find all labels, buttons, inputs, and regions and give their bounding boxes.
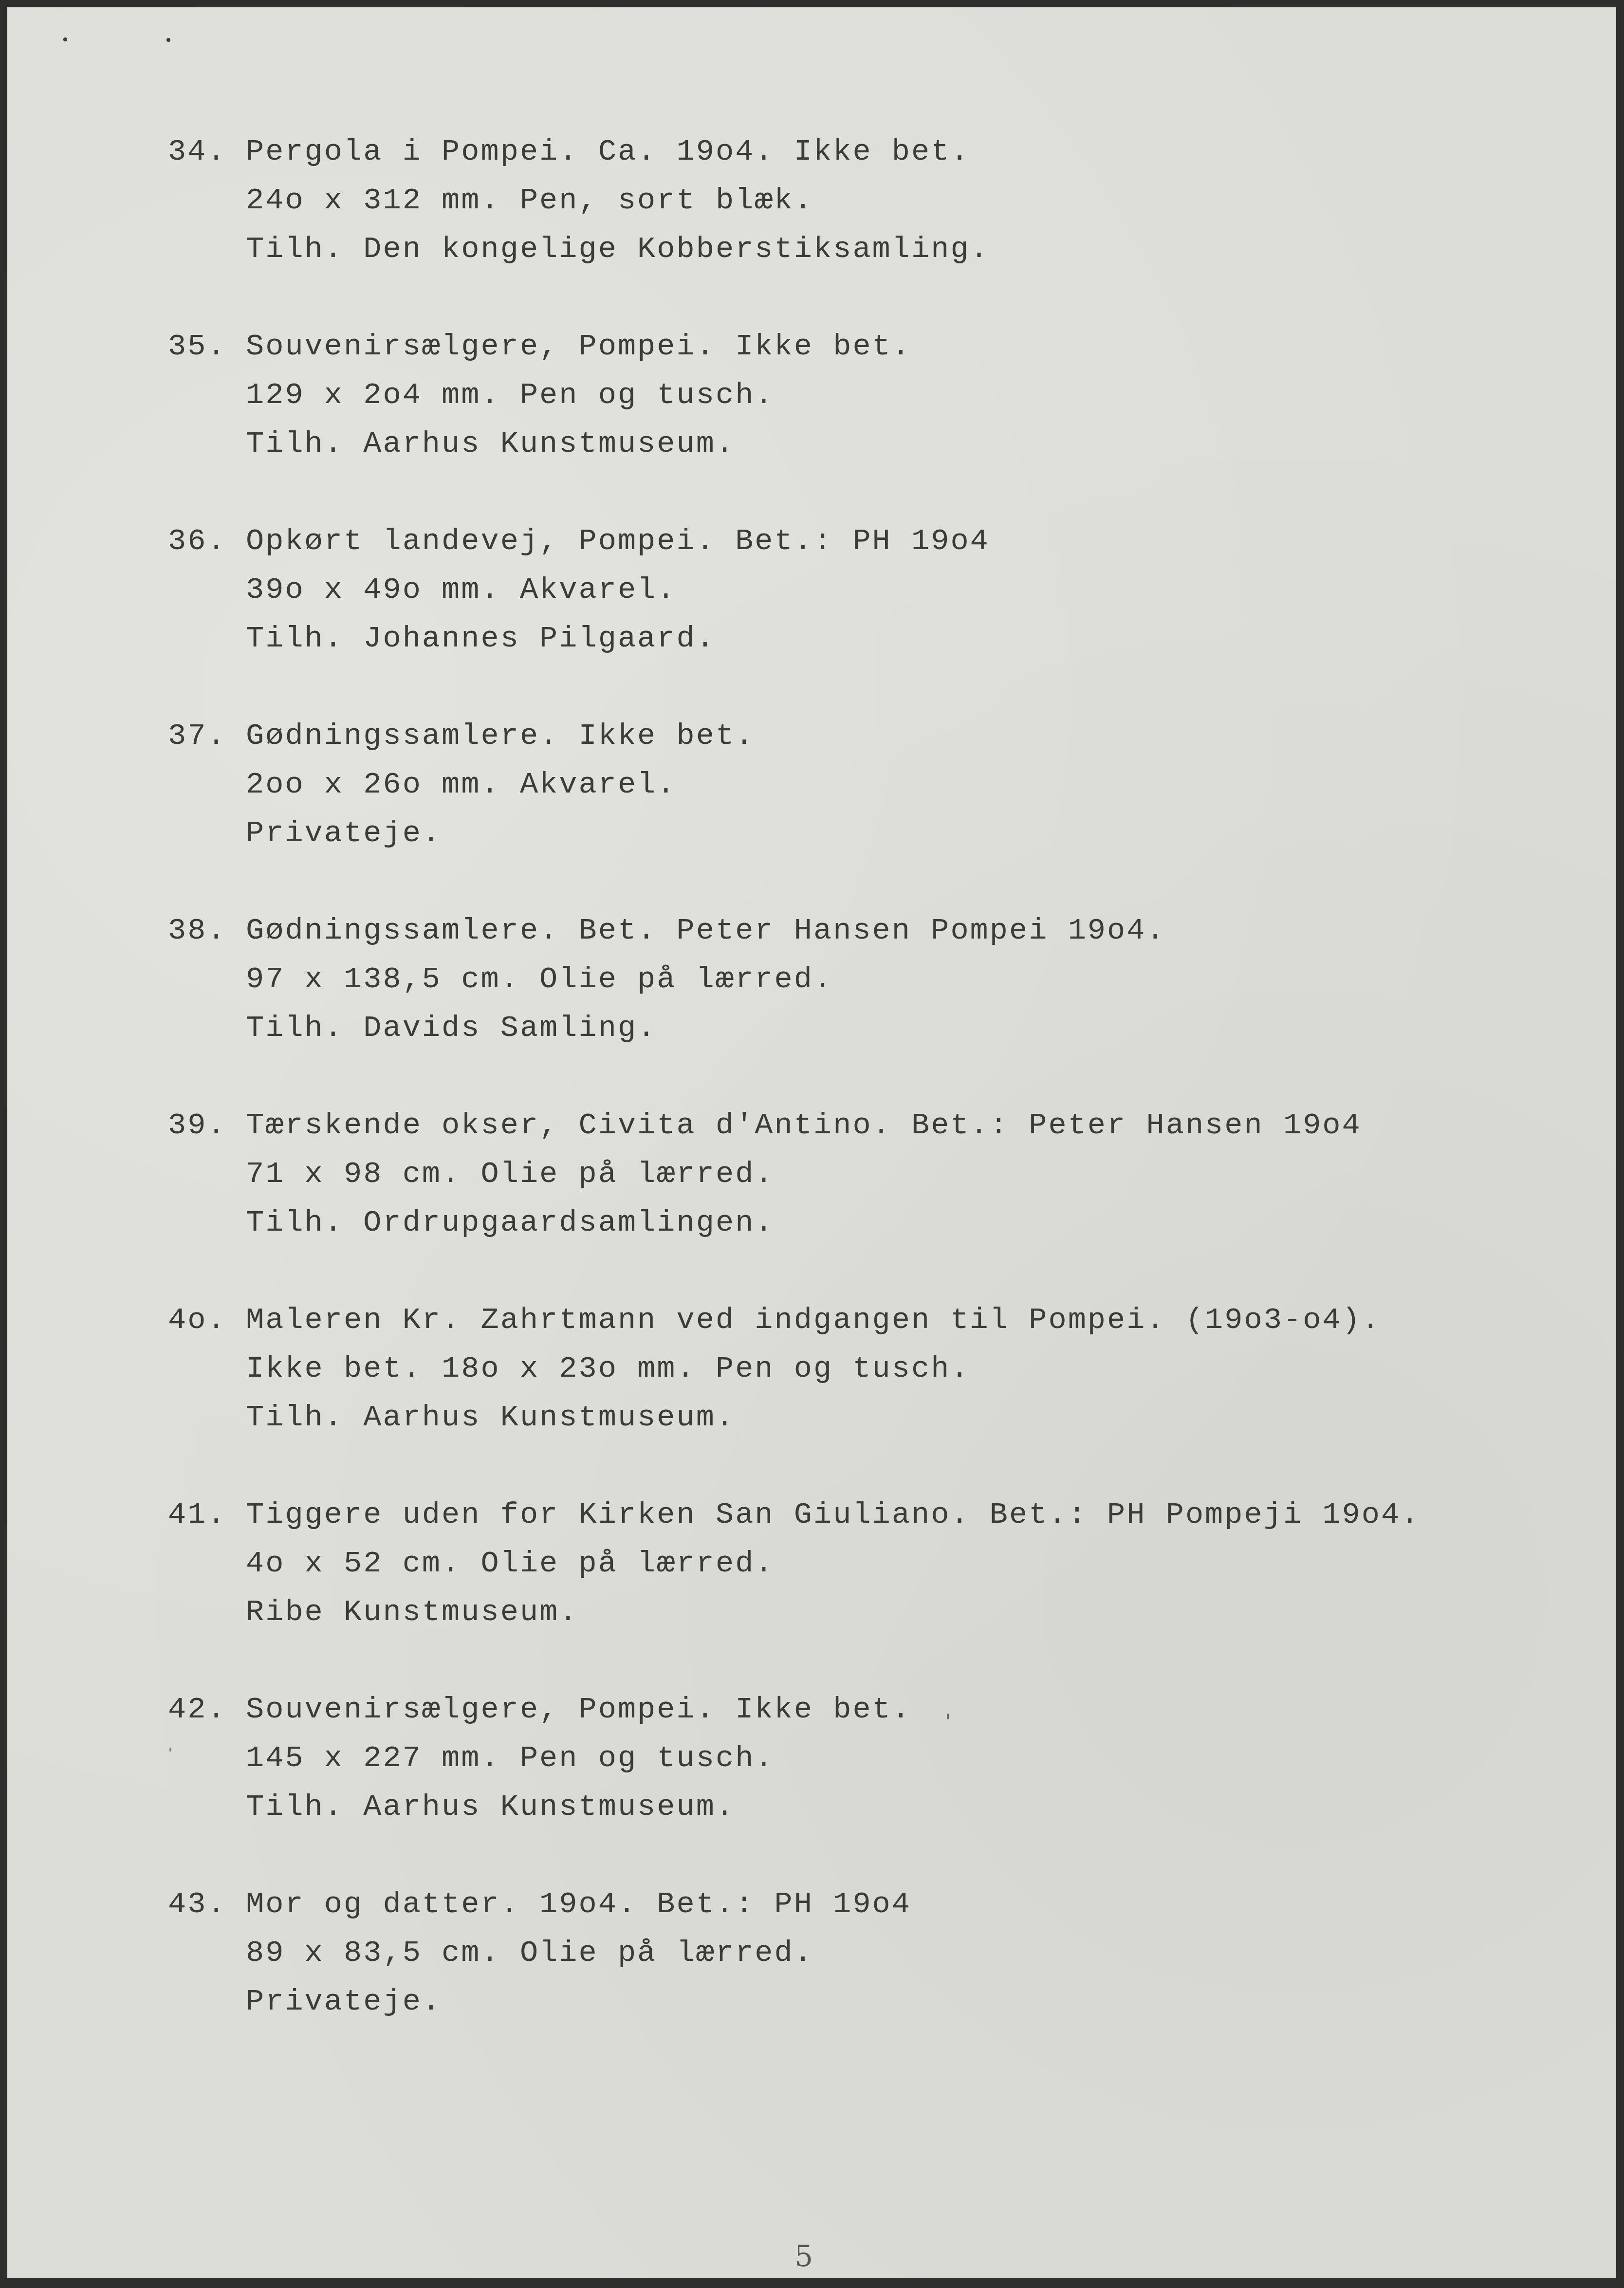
entry-number: 34. — [168, 135, 227, 169]
entry-owner: Tilh. Johannes Pilgaard. — [246, 622, 716, 656]
paper-speck — [169, 1748, 171, 1752]
entry-dimensions-medium: Ikke bet. 18o x 23o mm. Pen og tusch. — [246, 1352, 970, 1386]
entry-title: Souvenirsælgere, Pompei. Ikke bet. — [246, 330, 911, 364]
entry-owner: Privateje. — [246, 816, 442, 850]
entry-title: Gødningssamlere. Ikke bet. — [246, 719, 755, 753]
entry-number: 43. — [168, 1887, 227, 1921]
entry-number: 38. — [168, 914, 227, 948]
entry-dimensions-medium: 39o x 49o mm. Akvarel. — [246, 573, 677, 607]
entry-owner: Privateje. — [246, 1985, 442, 2019]
entry-number: 42. — [168, 1693, 227, 1727]
entry-title: Mor og datter. 19o4. Bet.: PH 19o4 — [246, 1887, 911, 1921]
entry-number: 36. — [168, 524, 227, 558]
entry-title: Tærskende okser, Civita d'Antino. Bet.: … — [246, 1108, 1362, 1143]
entry-dimensions-medium: 89 x 83,5 cm. Olie på lærred. — [246, 1936, 813, 1970]
entry-owner: Tilh. Ordrupgaardsamlingen. — [246, 1206, 775, 1240]
punch-hole-left — [63, 37, 67, 41]
entry-dimensions-medium: 24o x 312 mm. Pen, sort blæk. — [246, 184, 813, 218]
entry-number: 4o. — [168, 1303, 227, 1337]
entry-dimensions-medium: 2oo x 26o mm. Akvarel. — [246, 768, 677, 802]
entry-title: Souvenirsælgere, Pompei. Ikke bet. — [246, 1693, 911, 1727]
entry-dimensions-medium: 145 x 227 mm. Pen og tusch. — [246, 1741, 775, 1775]
entry-title: Pergola i Pompei. Ca. 19o4. Ikke bet. — [246, 135, 970, 169]
entry-owner: Tilh. Aarhus Kunstmuseum. — [246, 1401, 735, 1435]
entry-dimensions-medium: 129 x 2o4 mm. Pen og tusch. — [246, 378, 775, 412]
entry-title: Opkørt landevej, Pompei. Bet.: PH 19o4 — [246, 524, 990, 558]
entry-title: Gødningssamlere. Bet. Peter Hansen Pompe… — [246, 914, 1166, 948]
entry-owner: Tilh. Aarhus Kunstmuseum. — [246, 427, 735, 461]
entry-dimensions-medium: 97 x 138,5 cm. Olie på lærred. — [246, 962, 833, 996]
entry-number: 37. — [168, 719, 227, 753]
entry-title: Maleren Kr. Zahrtmann ved indgangen til … — [246, 1303, 1381, 1337]
paper-speck — [947, 1714, 949, 1719]
entry-owner: Tilh. Davids Samling. — [246, 1011, 657, 1045]
entry-title: Tiggere uden for Kirken San Giuliano. Be… — [246, 1498, 1420, 1532]
entry-number: 35. — [168, 330, 227, 364]
entry-dimensions-medium: 4o x 52 cm. Olie på lærred. — [246, 1547, 775, 1581]
entry-owner: Tilh. Den kongelige Kobberstiksamling. — [246, 232, 990, 266]
entry-owner: Ribe Kunstmuseum. — [246, 1595, 579, 1629]
page-number: 5 — [794, 2239, 813, 2273]
entry-number: 41. — [168, 1498, 227, 1532]
punch-hole-right — [166, 38, 170, 42]
entry-owner: Tilh. Aarhus Kunstmuseum. — [246, 1790, 735, 1824]
document-page: 34. Pergola i Pompei. Ca. 19o4. Ikke bet… — [7, 7, 1616, 2278]
entry-dimensions-medium: 71 x 98 cm. Olie på lærred. — [246, 1157, 775, 1191]
entry-number: 39. — [168, 1108, 227, 1143]
